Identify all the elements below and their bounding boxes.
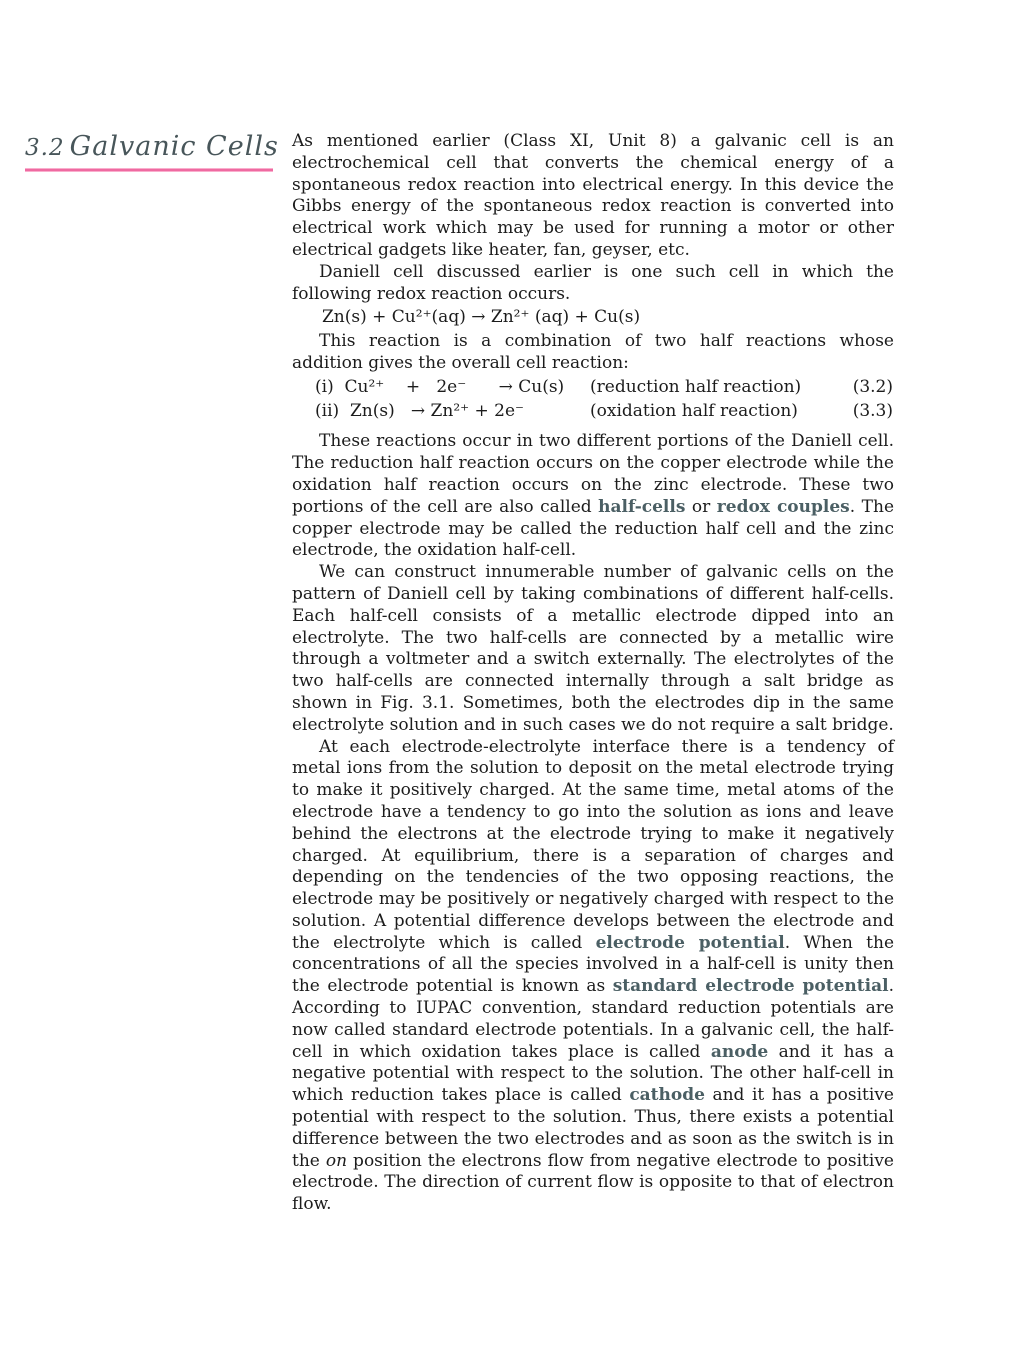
text-run: We can construct innumerable number of g… [292,562,894,735]
half-reaction-row: (i) Cu²⁺ + 2e⁻ → Cu(s)(reduction half re… [292,377,894,399]
chemical-equation: Zn(s) + Cu²⁺(aq) → Zn²⁺ (aq) + Cu(s) [292,307,894,329]
text-run: As mentioned earlier (Class XI, Unit 8) … [292,131,894,260]
text-run: position the electrons flow from negativ… [292,1151,894,1215]
text-run: At each electrode-electrolyte interface … [292,737,894,953]
paragraph: As mentioned earlier (Class XI, Unit 8) … [292,131,894,262]
section-heading: 3.2 Galvanic Cells [25,132,273,165]
half-reaction-equation: (i) Cu²⁺ + 2e⁻ → Cu(s) [315,377,564,397]
pink-underline-rule [25,168,273,172]
paragraph: At each electrode-electrolyte interface … [292,737,894,1217]
equation-number: (3.3) [853,401,893,423]
keyword-term: redox couples [717,497,850,517]
section-title: Galvanic Cells [70,131,279,162]
keyword-term: standard electrode potential [613,976,889,996]
text-column: As mentioned earlier (Class XI, Unit 8) … [292,131,894,1216]
keyword-term: half-cells [598,497,685,517]
section-heading-block: 3.2 Galvanic Cells [25,132,273,172]
half-reaction-label: (oxidation half reaction) [590,401,798,423]
keyword-term: anode [711,1042,768,1062]
equation-number: (3.2) [853,377,893,399]
half-reaction-equation: (ii) Zn(s) → Zn²⁺ + 2e⁻ [315,401,524,421]
paragraph: We can construct innumerable number of g… [292,562,894,736]
paragraph: Daniell cell discussed earlier is one su… [292,262,894,306]
keyword-term: electrode potential [596,933,785,953]
italic-term: on [326,1151,347,1171]
paragraph: These reactions occur in two different p… [292,431,894,562]
half-reaction-row: (ii) Zn(s) → Zn²⁺ + 2e⁻(oxidation half r… [292,401,894,423]
text-run: This reaction is a combination of two ha… [292,331,894,373]
half-reaction-label: (reduction half reaction) [590,377,801,399]
section-number: 3.2 [25,135,65,161]
text-run: Daniell cell discussed earlier is one su… [292,262,894,304]
paragraph: This reaction is a combination of two ha… [292,331,894,375]
keyword-term: cathode [629,1085,705,1105]
text-run: or [685,497,716,517]
